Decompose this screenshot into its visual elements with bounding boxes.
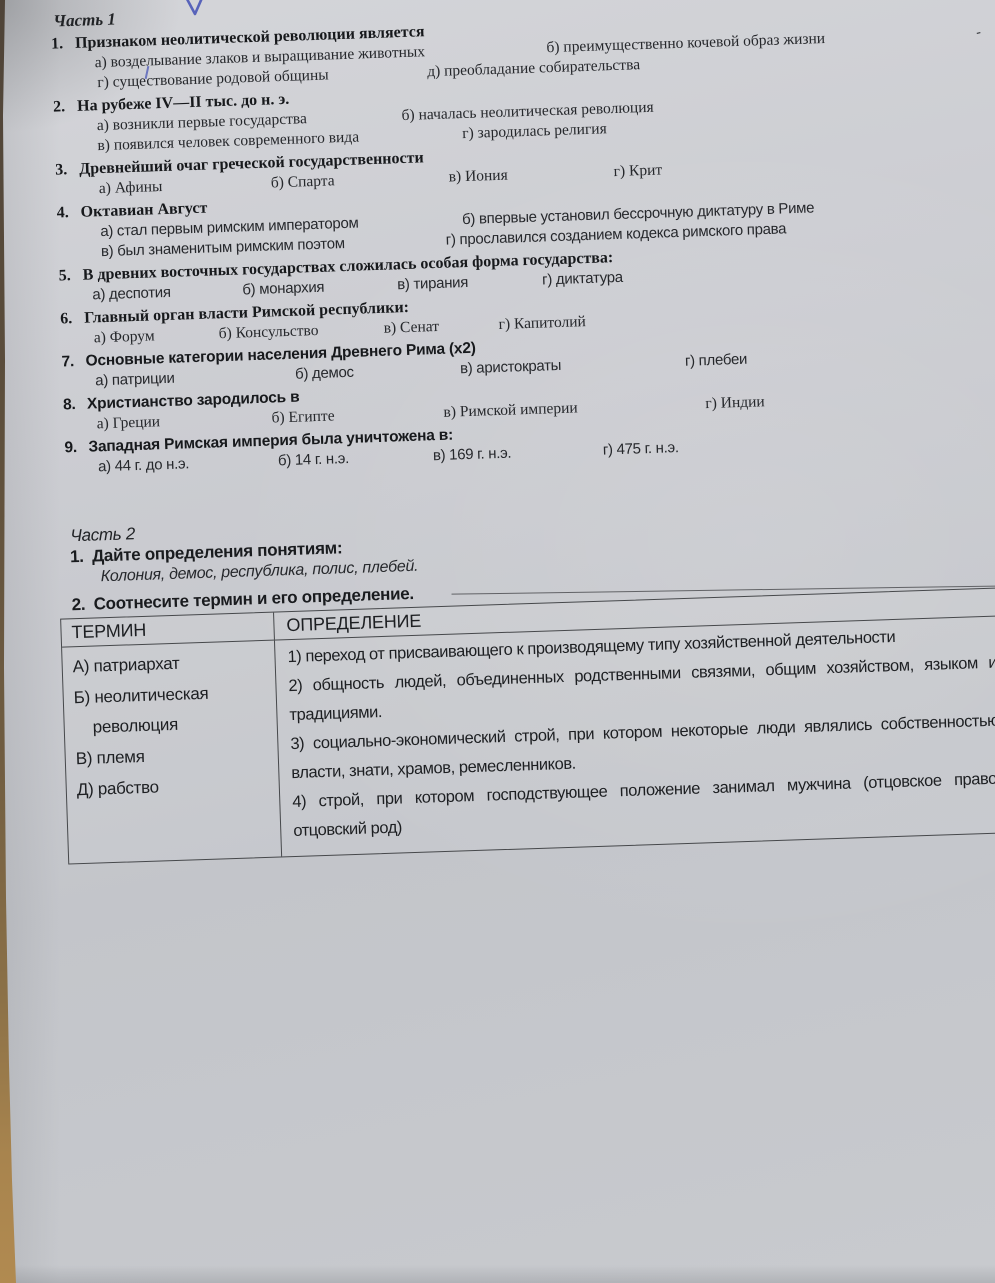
answer-option: г) Капитолий bbox=[498, 312, 586, 335]
answer-option: в) 169 г. н.э. bbox=[433, 444, 512, 467]
answer-option: б) 14 г. н.э. bbox=[278, 449, 350, 471]
term-item: Д) рабство bbox=[76, 768, 271, 805]
answer-option: в) тирания bbox=[397, 273, 468, 295]
term-item: Б) неолитическая революция bbox=[73, 676, 269, 743]
part1-section: Часть 1 1.Признаком неолитической револю… bbox=[40, 0, 995, 479]
answer-option: а) патриции bbox=[95, 369, 175, 392]
question-number: 7. bbox=[61, 352, 86, 373]
question-number: 1. bbox=[51, 34, 76, 55]
answer-option: б) Консульство bbox=[218, 321, 318, 344]
definitions-cell: 1) переход от присваивающего к производя… bbox=[275, 616, 995, 856]
question-number: 5. bbox=[58, 266, 83, 287]
answer-option: а) 44 г. до н.э. bbox=[98, 454, 190, 477]
photo-of-test-paper: - Часть 1 1.Признаком неолитической рево… bbox=[0, 0, 995, 1283]
answer-option: в) аристократы bbox=[460, 356, 562, 379]
question-number: 9. bbox=[64, 438, 89, 459]
answer-option: в) Иония bbox=[448, 166, 508, 188]
question-number: 2. bbox=[53, 97, 78, 118]
answer-option: г) диктатура bbox=[542, 268, 623, 291]
answer-option: г) плебеи bbox=[685, 350, 748, 372]
question-number: 8. bbox=[63, 395, 88, 416]
answer-option: б) Египте bbox=[271, 406, 335, 428]
answer-option: в) Сенат bbox=[383, 317, 439, 339]
question-number: 3. bbox=[55, 160, 80, 181]
answer-option: г) Индии bbox=[705, 392, 765, 414]
answer-option: а) деспотия bbox=[92, 283, 171, 306]
terms-cell: А) патриархат Б) неолитическая революция… bbox=[62, 641, 282, 864]
answer-option: г) зародилась религия bbox=[462, 119, 607, 144]
answer-option: а) Греции bbox=[96, 412, 160, 434]
terms-definitions-table: ТЕРМИН ОПРЕДЕЛЕНИЕ А) патриархат Б) неол… bbox=[60, 587, 995, 864]
question-number: 6. bbox=[60, 309, 85, 330]
answer-option: б) демос bbox=[295, 363, 354, 385]
answer-option: а) Форум bbox=[94, 326, 155, 348]
answer-option: в) Римской империи bbox=[443, 398, 578, 422]
part2-section: Часть 2 1.Дайте определения понятиям: Ко… bbox=[57, 495, 995, 864]
test-paper-content: Часть 1 1.Признаком неолитической револю… bbox=[40, 0, 995, 865]
question-stem: Октавиан Август bbox=[80, 200, 207, 221]
question-number: 4. bbox=[56, 203, 81, 224]
table-body-row: А) патриархат Б) неолитическая революция… bbox=[62, 616, 995, 863]
answer-option: а) Афины bbox=[99, 177, 163, 199]
answer-option: г) Крит bbox=[613, 160, 662, 182]
answer-option: г) 475 г. н.э. bbox=[603, 438, 680, 461]
answer-option: б) Спарта bbox=[270, 171, 334, 193]
task-number: 2. bbox=[71, 594, 94, 617]
desk-edge bbox=[0, 0, 18, 1283]
answer-option: б) монархия bbox=[242, 278, 325, 301]
task-number: 1. bbox=[70, 546, 93, 569]
